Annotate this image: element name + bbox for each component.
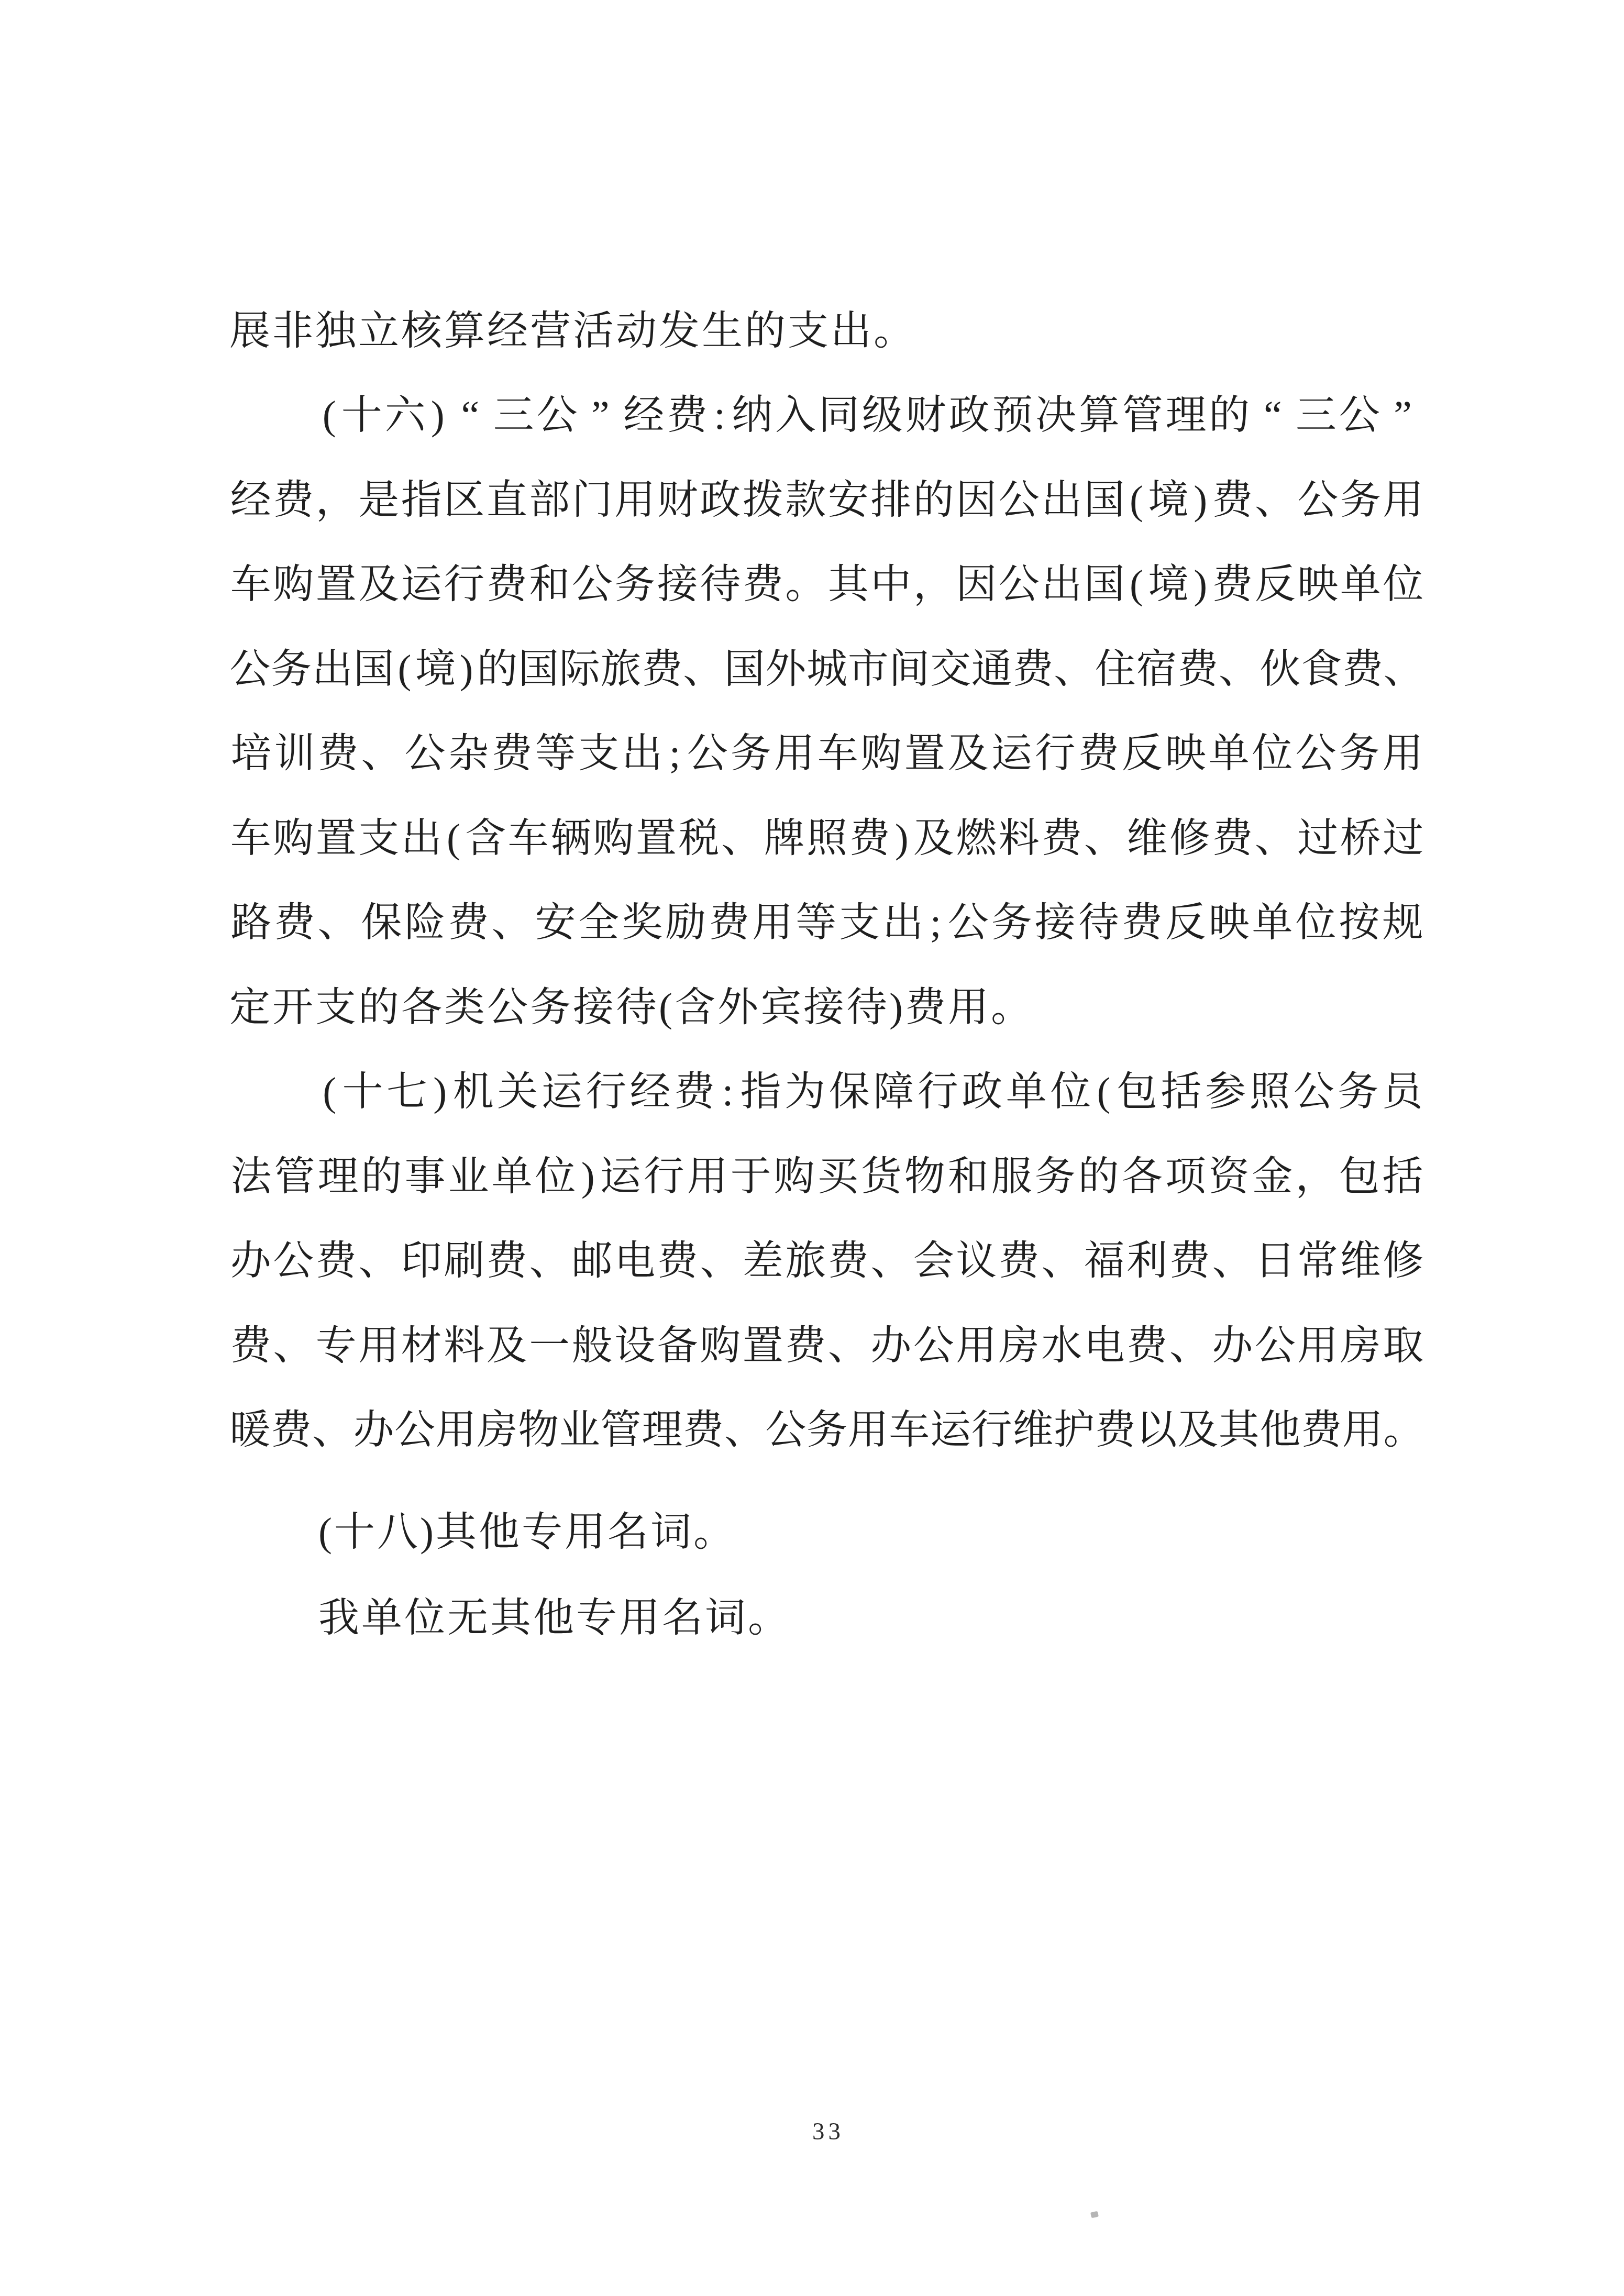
document-page: 展非独立核算经营活动发生的支出。 (十六)“三公”经费:纳入同级财政预决算管理的…	[0, 0, 1624, 2296]
text-line-5: 公务出国(境)的国际旅费、国外城市间交通费、住宿费、伙食费、	[229, 647, 1424, 692]
text-line-16: 我单位无其他专用名词。	[318, 1596, 791, 1641]
text-line-1: 展非独立核算经营活动发生的支出。	[229, 309, 916, 354]
text-line-12: 办公费、印刷费、邮电费、差旅费、会议费、福利费、日常维修	[229, 1239, 1424, 1284]
text-line-8: 路费、保险费、安全奖励费用等支出;公务接待费反映单位按规	[229, 901, 1424, 946]
scan-artifact	[1090, 2211, 1099, 2219]
text-line-7: 车购置支出(含车辆购置税、牌照费)及燃料费、维修费、过桥过	[229, 816, 1424, 861]
text-line-11: 法管理的事业单位)运行用于购买货物和服务的各项资金，包括	[229, 1155, 1424, 1200]
page-number: 33	[0, 2117, 1624, 2146]
text-line-13: 费、专用材料及一般设备购置费、办公用房水电费、办公用房取	[229, 1324, 1424, 1369]
text-line-2: (十六)“三公”经费:纳入同级财政预决算管理的“三公”	[318, 393, 1424, 438]
text-line-6: 培训费、公杂费等支出;公务用车购置及运行费反映单位公务用	[229, 731, 1424, 777]
text-line-10: (十七)机关运行经费:指为保障行政单位(包括参照公务员	[318, 1070, 1424, 1115]
text-line-15: (十八)其他专用名词。	[318, 1510, 736, 1555]
text-line-4: 车购置及运行费和公务接待费。其中，因公出国(境)费反映单位	[229, 562, 1424, 607]
text-line-3: 经费，是指区直部门用财政拨款安排的因公出国(境)费、公务用	[229, 478, 1424, 523]
text-line-9: 定开支的各类公务接待(含外宾接待)费用。	[229, 985, 1034, 1030]
text-line-14: 暖费、办公用房物业管理费、公务用车运行维护费以及其他费用。	[229, 1408, 1424, 1453]
